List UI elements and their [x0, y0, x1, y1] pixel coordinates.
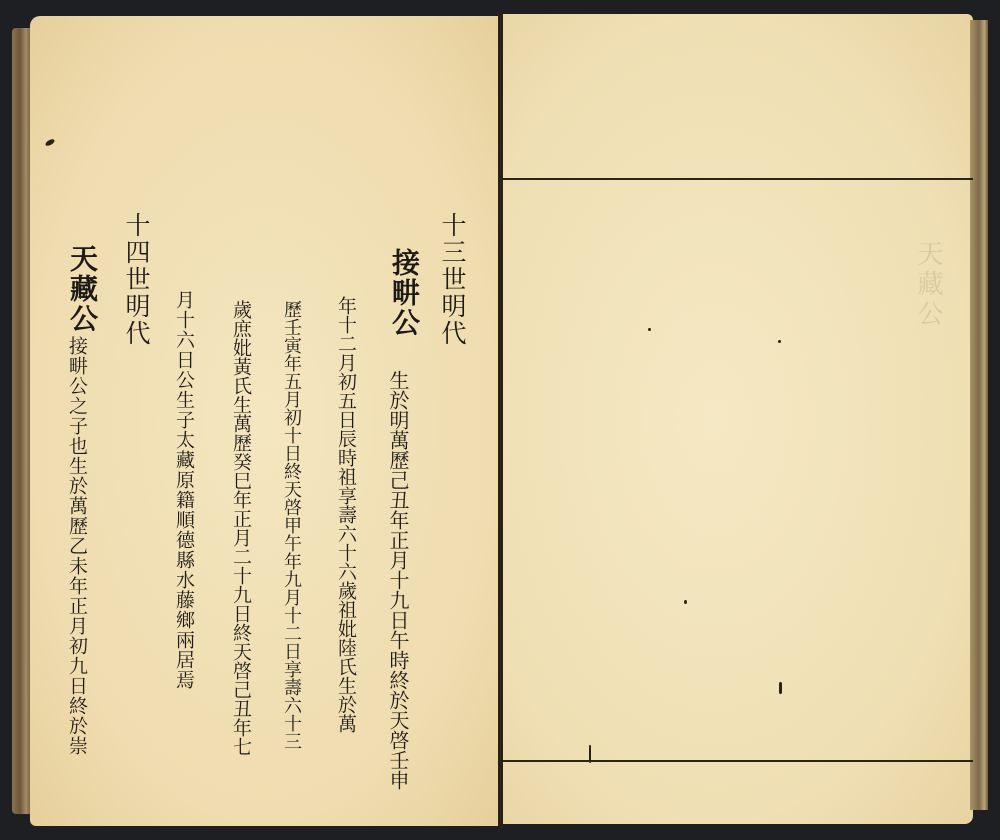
- speck: [648, 328, 651, 331]
- speck: [684, 600, 687, 604]
- bleed-through-text: 天藏公: [910, 240, 947, 330]
- right-page-edge: [970, 20, 988, 810]
- generation-13-line-5: 月十六日公生子太藏原籍順德縣水藤鄉兩居焉: [171, 290, 198, 690]
- generation-13-line-4: 歲庶妣黃氏生萬歷癸巳年正月二十九日終天啓己丑年七: [228, 300, 255, 756]
- generation-14-heading: 十四世明代: [118, 212, 154, 347]
- generation-13-name: 接畊公: [384, 248, 424, 338]
- right-page-top-rule: [503, 178, 973, 180]
- left-page-edge: [12, 28, 32, 814]
- ink-stroke: [779, 682, 782, 694]
- generation-14-line-1: 接畊公之子也生於萬歷乙未年正月初九日終於崇: [64, 336, 91, 756]
- generation-13-line-1: 生於明萬歷己丑年正月十九日午時終於天啓壬申: [384, 370, 413, 790]
- right-page: [503, 14, 973, 824]
- generation-14-name: 天藏公: [62, 244, 102, 334]
- generation-13-line-3: 歷壬寅年五月初十日終天啓甲午年九月十二日享壽六十三: [278, 300, 304, 750]
- ink-stroke: [589, 745, 591, 763]
- left-page: [30, 16, 499, 826]
- right-page-bottom-rule: [503, 760, 973, 762]
- generation-13-line-2: 年十二月初五日辰時祖享壽六十六歲祖妣陸氏生於萬: [333, 296, 360, 733]
- generation-13-heading: 十三世明代: [434, 212, 470, 347]
- speck: [778, 340, 781, 343]
- open-book: 十三世明代 接畊公 生於明萬歷己丑年正月十九日午時終於天啓壬申 年十二月初五日辰…: [0, 0, 1000, 840]
